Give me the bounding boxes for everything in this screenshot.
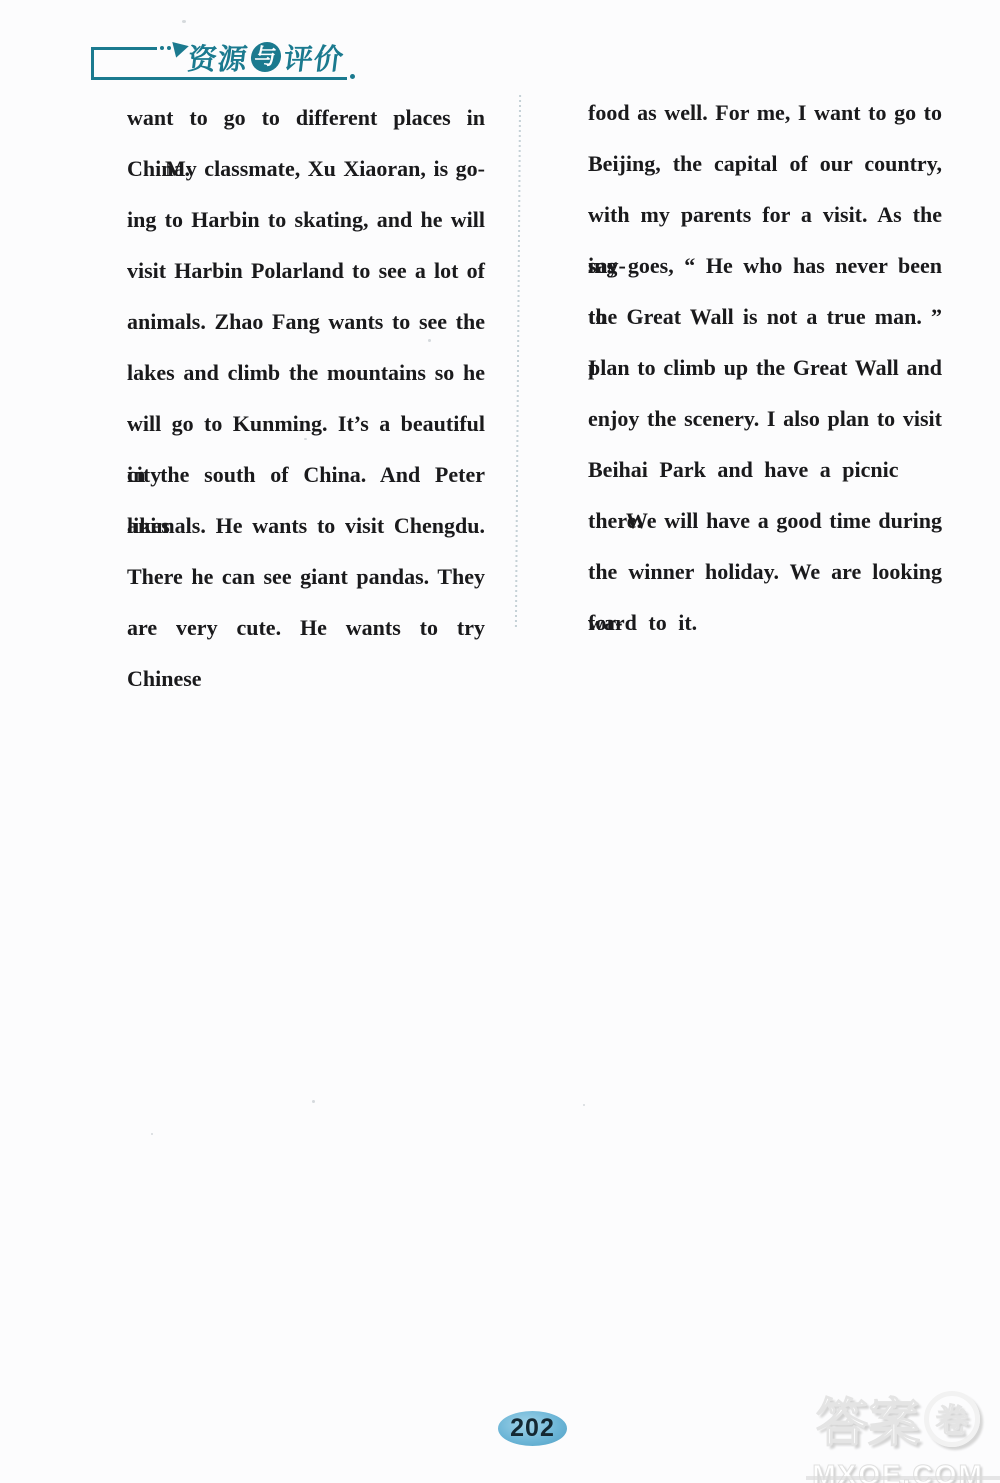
watermark-brand-text: 答案 [816,1381,920,1456]
text-line: plan to climb up the Great Wall and [588,342,942,393]
page-number-badge: 202 [498,1411,567,1446]
page-number: 202 [510,1414,555,1443]
scan-speck [304,438,307,440]
page-title-right: 评价 [281,37,346,78]
scan-speck [428,339,431,342]
scan-speck [182,20,186,23]
column-divider [515,95,521,630]
text-line: visit Harbin Polarland to see a lot of [127,245,485,296]
text-line: ward to it. [588,597,942,648]
header-rule-top [91,47,157,50]
text-line: There he can see giant pandas. They [127,551,485,602]
text-line: ing to Harbin to skating, and he will [127,194,485,245]
text-line: animals. Zhao Fang wants to see the [127,296,485,347]
text-line: in the south of China. And Peter likes [127,449,485,500]
page-title-left: 资源 [185,37,250,78]
text-line: will go to Kunming. It’s a beautiful cit… [127,398,485,449]
watermark: 答案 卷 MXQE.COM [796,1381,1000,1483]
right-text-column: food as well. For me, I want to go to Be… [588,87,942,648]
watermark-brand: 答案 卷 [796,1381,1000,1456]
text-line: Beijing, the capital of our country, [588,138,942,189]
text-line: enjoy the scenery. I also plan to visit [588,393,942,444]
text-line: want to go to different places in China. [127,92,485,143]
scanned-page: 资源 与 评价 want to go to different places i… [0,0,1000,1483]
text-line: Beihai Park and have a picnic there. [588,444,942,495]
scan-edge-artifact [806,1476,1000,1480]
left-text-column: want to go to different places in China.… [127,92,485,653]
text-line: food as well. For me, I want to go to [588,87,942,138]
circled-character-badge: 与 [250,42,282,72]
scan-speck [583,1104,585,1106]
text-line: animals. He wants to visit Chengdu. [127,500,485,551]
header-dot [160,46,164,50]
text-line: are very cute. He wants to try Chinese [127,602,485,653]
header-end-dot [350,74,355,79]
text-line: with my parents for a visit. As the say- [588,189,942,240]
watermark-circle-icon: 卷 [924,1391,980,1447]
page-title: 资源 与 评价 [188,40,344,74]
scan-speck [312,1100,315,1103]
text-line: the winner holiday. We are looking for- [588,546,942,597]
header-rule-left [91,47,94,80]
text-line: My classmate, Xu Xiaoran, is go- [127,143,485,194]
header-dot [167,46,171,50]
text-line: the Great Wall is not a true man. ” I [588,291,942,342]
scan-speck [151,1133,153,1135]
text-line: lakes and climb the mountains so he [127,347,485,398]
text-line: ing goes, “ He who has never been to [588,240,942,291]
text-line: We will have a good time during [588,495,942,546]
